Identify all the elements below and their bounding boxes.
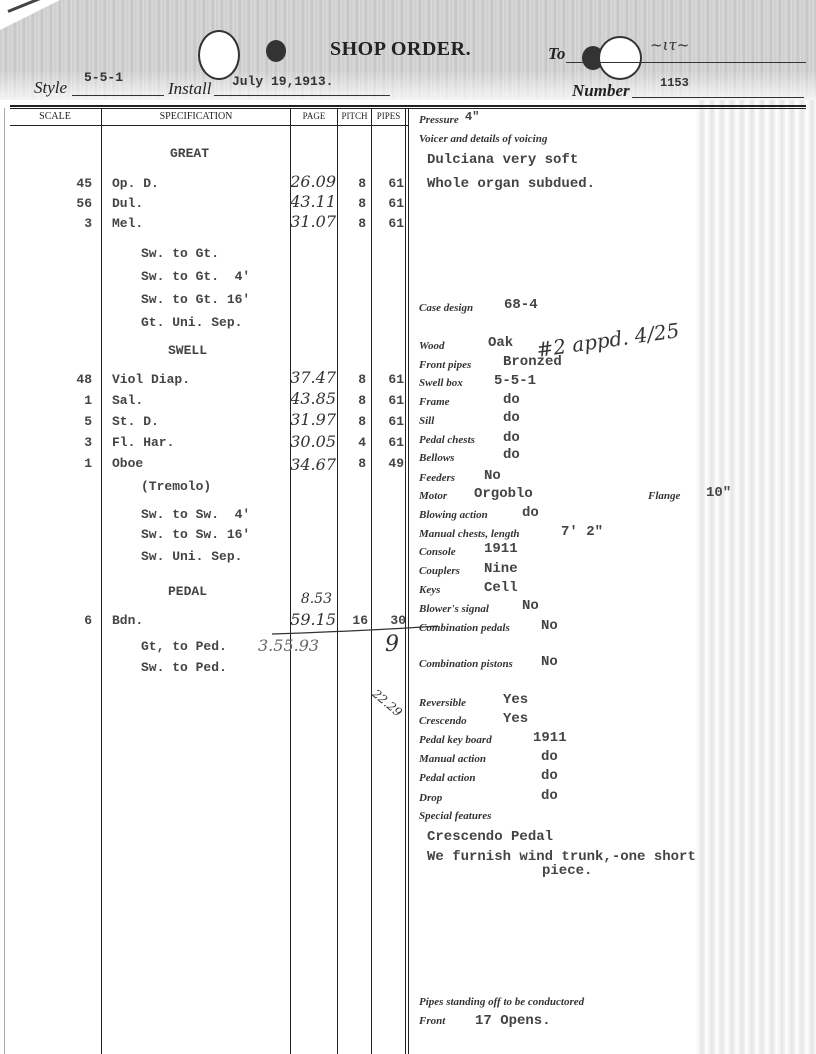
left-edge xyxy=(4,108,5,1054)
pipes-cell: 61 xyxy=(374,176,404,191)
col-divider xyxy=(408,108,409,1054)
wood-value[interactable]: Oak xyxy=(488,335,513,351)
pipes-cell: 61 xyxy=(374,372,404,387)
blowing-action-label: Blowing action xyxy=(419,509,488,521)
install-underline xyxy=(214,95,390,96)
special-features-line[interactable]: Crescendo Pedal xyxy=(427,829,553,845)
blowers-signal-label: Blower's signal xyxy=(419,603,489,615)
page-cell: 43.85 xyxy=(266,389,336,408)
col-divider xyxy=(101,108,102,1054)
case-design-value[interactable]: 68-4 xyxy=(504,297,538,313)
pitch-cell: 8 xyxy=(338,196,366,211)
couplers-value[interactable]: Nine xyxy=(484,561,518,577)
to-handwriting: ~ιτ~ xyxy=(650,36,689,54)
tremolo-note: (Tremolo) xyxy=(141,479,211,494)
scale-cell: 48 xyxy=(0,372,92,387)
reversible-label: Reversible xyxy=(419,697,466,709)
page-cell: 34.67 xyxy=(266,455,336,474)
scale-cell: 1 xyxy=(0,456,92,471)
crescendo-value[interactable]: Yes xyxy=(503,711,528,727)
keys-value[interactable]: Cell xyxy=(484,580,518,596)
special-features-line[interactable]: piece. xyxy=(542,863,592,879)
to-label: To xyxy=(548,44,565,64)
coupler-item: Sw. to Gt. xyxy=(141,246,219,261)
feeders-value[interactable]: No xyxy=(484,468,501,484)
number-label: Number xyxy=(572,81,630,101)
voicer-label: Voicer and details of voicing xyxy=(419,133,547,145)
spec-cell: Fl. Har. xyxy=(112,435,174,450)
scale-cell: 56 xyxy=(0,196,92,211)
couplers-label: Couplers xyxy=(419,565,460,577)
pitch-cell: 8 xyxy=(338,216,366,231)
page-cell: 26.09 xyxy=(266,172,336,191)
col-divider xyxy=(371,108,372,1054)
install-value[interactable]: July 19,1913. xyxy=(232,74,333,89)
front-label: Front xyxy=(419,1015,445,1027)
col-header-pipes: PIPES xyxy=(372,111,405,121)
manual-action-label: Manual action xyxy=(419,753,486,765)
handwritten-pedal-total: 3.55.93 xyxy=(258,636,319,655)
pedal-action-label: Pedal action xyxy=(419,772,476,784)
pressure-label: Pressure xyxy=(419,114,459,126)
bellows-value[interactable]: do xyxy=(503,447,520,463)
scale-cell: 3 xyxy=(0,216,92,231)
col-divider xyxy=(405,108,406,1054)
bellows-label: Bellows xyxy=(419,452,454,464)
col-divider xyxy=(337,108,338,1054)
flange-label: Flange xyxy=(648,490,680,502)
scale-cell: 5 xyxy=(0,414,92,429)
pitch-cell: 8 xyxy=(338,372,366,387)
front-value[interactable]: 17 Opens. xyxy=(475,1013,551,1029)
front-pipes-value[interactable]: Bronzed xyxy=(503,354,562,370)
section-heading-great: GREAT xyxy=(170,146,209,161)
scale-cell: 3 xyxy=(0,435,92,450)
coupler-item: Gt, to Ped. xyxy=(141,639,227,654)
drop-label: Drop xyxy=(419,792,442,804)
spec-cell: Oboe xyxy=(112,456,143,471)
drop-value[interactable]: do xyxy=(541,788,558,804)
pipes-cell: 61 xyxy=(374,414,404,429)
page-cell: 43.11 xyxy=(266,192,336,211)
pitch-cell: 8 xyxy=(338,393,366,408)
col-header-page: PAGE xyxy=(291,111,337,121)
coupler-item: Sw. Uni. Sep. xyxy=(141,549,242,564)
frame-label: Frame xyxy=(419,396,450,408)
coupler-item: Sw. to Sw. 16' xyxy=(141,527,250,542)
pitch-cell: 4 xyxy=(338,435,366,450)
pressure-value[interactable]: 4" xyxy=(465,110,479,124)
handwritten-column-total: 22.29 xyxy=(370,687,405,720)
install-label: Install xyxy=(168,79,211,99)
pipes-cell: 49 xyxy=(374,456,404,471)
style-underline xyxy=(72,95,164,96)
manual-chests-value[interactable]: 7' 2" xyxy=(561,524,603,540)
punch-hole-icon xyxy=(198,30,240,80)
scale-cell: 1 xyxy=(0,393,92,408)
sill-value[interactable]: do xyxy=(503,410,520,426)
case-design-label: Case design xyxy=(419,302,473,314)
page-cell: 31.07 xyxy=(266,212,336,231)
motor-value[interactable]: Orgoblo xyxy=(474,486,533,502)
pedal-key-board-value[interactable]: 1911 xyxy=(533,730,567,746)
pitch-cell: 8 xyxy=(338,414,366,429)
punch-mark-icon xyxy=(266,40,286,62)
feeders-label: Feeders xyxy=(419,472,455,484)
col-header-pitch: PITCH xyxy=(338,111,371,121)
col-divider xyxy=(290,108,291,1054)
voicer-line[interactable]: Dulciana very soft xyxy=(427,152,578,168)
manual-action-value[interactable]: do xyxy=(541,749,558,765)
console-label: Console xyxy=(419,546,456,558)
crescendo-label: Crescendo xyxy=(419,715,467,727)
combination-pistons-value[interactable]: No xyxy=(541,654,558,670)
style-label: Style xyxy=(34,78,67,98)
pipes-cell: 61 xyxy=(374,196,404,211)
swell-box-label: Swell box xyxy=(419,377,463,389)
to-underline xyxy=(566,62,806,63)
voicer-line[interactable]: Whole organ subdued. xyxy=(427,176,595,192)
front-pipes-label: Front pipes xyxy=(419,359,471,371)
blowing-action-value[interactable]: do xyxy=(522,505,539,521)
coupler-item: Sw. to Gt. 4' xyxy=(141,269,250,284)
col-header-specification: SPECIFICATION xyxy=(102,111,290,122)
pipes-cell: 61 xyxy=(374,435,404,450)
pipes-cell: 61 xyxy=(374,393,404,408)
special-features-label: Special features xyxy=(419,810,491,822)
punch-hole-icon xyxy=(598,36,642,80)
wood-label: Wood xyxy=(419,340,444,352)
spec-cell: St. D. xyxy=(112,414,159,429)
number-underline xyxy=(632,97,804,98)
flange-value[interactable]: 10" xyxy=(706,485,731,501)
spec-cell: Bdn. xyxy=(112,613,143,628)
pipes-standing-label: Pipes standing off to be conductored xyxy=(419,996,584,1008)
number-value[interactable]: 1153 xyxy=(660,76,689,90)
scale-cell: 45 xyxy=(0,176,92,191)
table-head-rule xyxy=(10,125,408,126)
combination-pedals-value[interactable]: No xyxy=(541,618,558,634)
spec-cell: Viol Diap. xyxy=(112,372,190,387)
console-value[interactable]: 1911 xyxy=(484,541,518,557)
keys-label: Keys xyxy=(419,584,440,596)
coupler-item: Sw. to Ped. xyxy=(141,660,227,675)
section-heading-pedal: PEDAL xyxy=(168,584,207,599)
pedal-chests-label: Pedal chests xyxy=(419,434,475,446)
frame-value[interactable]: do xyxy=(503,392,520,408)
scan-shading-right xyxy=(696,100,816,1054)
spec-cell: Sal. xyxy=(112,393,143,408)
spec-cell: Dul. xyxy=(112,196,143,211)
col-header-scale: SCALE xyxy=(10,111,100,122)
pitch-cell: 8 xyxy=(338,456,366,471)
table-top-rule xyxy=(10,105,806,107)
page-cell: 31.97 xyxy=(266,410,336,429)
coupler-item: Sw. to Gt. 16' xyxy=(141,292,250,307)
combination-pedals-label: Combination pedals xyxy=(419,622,510,634)
pitch-cell: 8 xyxy=(338,176,366,191)
combination-pistons-label: Combination pistons xyxy=(419,658,513,670)
coupler-item: Gt. Uni. Sep. xyxy=(141,315,242,330)
page-cell: 30.05 xyxy=(266,432,336,451)
blowers-signal-value[interactable]: No xyxy=(522,598,539,614)
motor-label: Motor xyxy=(419,490,447,502)
scale-cell: 6 xyxy=(0,613,92,628)
section-heading-swell: SWELL xyxy=(168,343,207,358)
spec-cell: Op. D. xyxy=(112,176,159,191)
style-value[interactable]: 5-5-1 xyxy=(84,70,123,85)
coupler-item: Sw. to Sw. 4' xyxy=(141,507,250,522)
spec-cell: Mel. xyxy=(112,216,143,231)
swell-box-value[interactable]: 5-5-1 xyxy=(494,373,536,389)
manual-chests-label: Manual chests, length xyxy=(419,528,520,540)
sill-label: Sill xyxy=(419,415,434,427)
pedal-action-value[interactable]: do xyxy=(541,768,558,784)
pipes-cell: 61 xyxy=(374,216,404,231)
page-cell: 37.47 xyxy=(266,368,336,387)
form-title: SHOP ORDER. xyxy=(330,38,471,61)
pedal-chests-value[interactable]: do xyxy=(503,430,520,446)
pedal-key-board-label: Pedal key board xyxy=(419,734,492,746)
page-note-above: 8.53 xyxy=(262,591,332,607)
handwritten-pipes-total: 9 xyxy=(385,632,399,657)
reversible-value[interactable]: Yes xyxy=(503,692,528,708)
